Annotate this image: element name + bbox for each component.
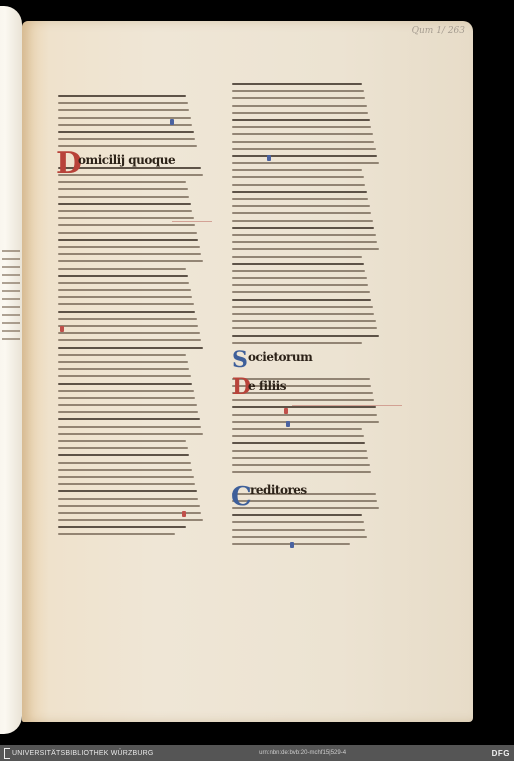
- text-line: [232, 291, 370, 293]
- text-line: [58, 505, 200, 507]
- text-line: [232, 198, 368, 200]
- text-line: [58, 224, 195, 226]
- text-line: [58, 440, 186, 442]
- text-line: [58, 418, 200, 420]
- institution-logo[interactable]: UNIVERSITÄTSBIBLIOTHEK WÜRZBURG: [4, 748, 154, 759]
- section-heading: e filiis: [248, 380, 286, 393]
- text-line: [232, 464, 370, 466]
- text-line: [58, 354, 186, 356]
- text-column-right: [232, 83, 380, 550]
- text-line: [58, 203, 191, 205]
- text-line: [58, 95, 186, 97]
- text-line: [58, 447, 188, 449]
- text-line: [58, 275, 188, 277]
- text-line: [232, 162, 379, 164]
- paragraph-mark: [284, 408, 288, 414]
- text-line: [232, 507, 379, 509]
- text-line: [58, 469, 192, 471]
- text-line: [232, 119, 370, 121]
- footer-bar: UNIVERSITÄTSBIBLIOTHEK WÜRZBURG urn:nbn:…: [0, 745, 514, 761]
- decorated-initial: S: [232, 349, 248, 371]
- text-line: [58, 332, 200, 334]
- text-line: [58, 433, 203, 435]
- text-line: [58, 397, 195, 399]
- text-line: [232, 342, 362, 344]
- text-line: [232, 306, 373, 308]
- section-heading: omicilij quoque: [78, 154, 175, 167]
- text-line: [58, 361, 188, 363]
- red-ruling: [292, 405, 402, 406]
- text-line: [232, 148, 376, 150]
- text-line: [58, 131, 194, 133]
- text-line: [232, 248, 379, 250]
- text-line: [58, 462, 191, 464]
- text-line: [232, 514, 362, 516]
- text-line: [58, 498, 198, 500]
- text-line: [58, 296, 192, 298]
- paragraph-mark: [60, 326, 64, 332]
- paragraph-mark: [267, 155, 271, 161]
- text-line: [58, 454, 189, 456]
- text-line: [232, 435, 364, 437]
- text-line: [58, 181, 186, 183]
- text-line: [58, 232, 197, 234]
- text-line: [232, 335, 379, 337]
- text-line: [58, 102, 188, 104]
- text-line: [232, 500, 377, 502]
- section-heading: ocietorum: [248, 351, 312, 364]
- paragraph-mark: [286, 421, 290, 427]
- text-line: [232, 234, 376, 236]
- text-line: [58, 339, 201, 341]
- text-line: [58, 383, 192, 385]
- manuscript-viewer: Qum 1/ 263 D omicilij quoque S ocietorum…: [0, 0, 514, 745]
- text-line: [232, 536, 367, 538]
- text-line: [232, 270, 365, 272]
- text-line: [58, 311, 195, 313]
- text-line: [232, 428, 362, 430]
- text-line: [58, 325, 198, 327]
- text-line: [232, 97, 365, 99]
- text-line: [58, 196, 189, 198]
- text-line: [58, 217, 194, 219]
- text-line: [58, 483, 195, 485]
- text-line: [58, 476, 194, 478]
- text-line: [58, 490, 197, 492]
- facing-page-edge: [0, 6, 22, 734]
- text-line: [232, 406, 376, 408]
- text-line: [232, 133, 373, 135]
- text-line: [232, 327, 377, 329]
- text-line: [232, 263, 364, 265]
- folio-number: Qum 1/ 263: [412, 26, 465, 36]
- text-line: [232, 227, 374, 229]
- text-line: [58, 260, 203, 262]
- text-line: [58, 347, 203, 349]
- text-line: [232, 205, 370, 207]
- text-line: [232, 284, 368, 286]
- text-line: [232, 112, 368, 114]
- section-heading: reditores: [250, 484, 307, 497]
- text-line: [58, 390, 194, 392]
- text-line: [232, 256, 362, 258]
- library-logo-icon: [4, 748, 10, 759]
- text-line: [232, 313, 374, 315]
- text-line: [58, 109, 189, 111]
- text-line: [58, 253, 201, 255]
- text-line: [232, 320, 376, 322]
- text-line: [58, 519, 203, 521]
- text-line: [58, 404, 197, 406]
- text-line: [58, 375, 191, 377]
- text-line: [232, 184, 365, 186]
- text-line: [232, 191, 367, 193]
- text-line: [58, 246, 200, 248]
- text-line: [232, 521, 364, 523]
- paragraph-mark: [182, 511, 186, 517]
- text-line: [232, 212, 371, 214]
- text-line: [232, 176, 364, 178]
- text-line: [58, 512, 201, 514]
- text-line: [232, 105, 367, 107]
- text-line: [58, 533, 175, 535]
- text-line: [232, 421, 379, 423]
- text-line: [232, 83, 362, 85]
- text-line: [232, 442, 365, 444]
- text-line: [58, 188, 188, 190]
- text-line: [58, 239, 198, 241]
- text-line: [232, 529, 365, 531]
- urn-identifier: urn:nbn:de:bvb:20-mchf15|529-4: [259, 750, 346, 756]
- text-line: [232, 277, 367, 279]
- text-line: [58, 289, 191, 291]
- text-line: [232, 141, 374, 143]
- text-line: [232, 299, 371, 301]
- text-line: [58, 318, 197, 320]
- text-line: [232, 90, 364, 92]
- text-line: [58, 368, 189, 370]
- decorated-initial: C: [231, 484, 252, 510]
- text-line: [58, 411, 198, 413]
- text-line: [58, 526, 186, 528]
- red-ruling: [172, 221, 212, 222]
- text-line: [58, 210, 192, 212]
- text-line: [58, 268, 186, 270]
- dfg-logo[interactable]: DFG: [492, 749, 510, 758]
- paragraph-mark: [290, 542, 294, 548]
- paragraph-mark: [170, 119, 174, 125]
- manuscript-page: Qum 1/ 263 D omicilij quoque S ocietorum…: [22, 21, 473, 722]
- text-line: [58, 282, 189, 284]
- text-line: [58, 303, 194, 305]
- text-line: [58, 138, 195, 140]
- text-line: [232, 169, 362, 171]
- institution-name: UNIVERSITÄTSBIBLIOTHEK WÜRZBURG: [12, 750, 154, 757]
- text-line: [232, 126, 371, 128]
- text-line: [232, 450, 367, 452]
- text-line: [232, 220, 373, 222]
- text-line: [58, 426, 201, 428]
- text-line: [232, 414, 377, 416]
- text-line: [232, 457, 368, 459]
- text-line: [232, 471, 371, 473]
- text-line: [232, 399, 374, 401]
- text-line: [232, 241, 377, 243]
- text-line: [232, 155, 377, 157]
